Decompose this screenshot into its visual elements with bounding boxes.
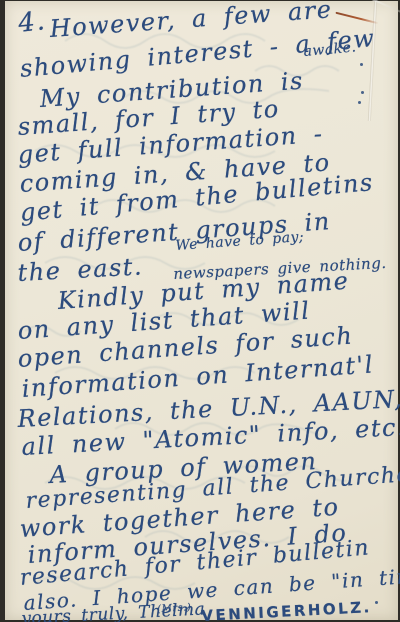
ink-dot <box>360 63 363 66</box>
signature-title: (Mrs.) <box>157 603 192 615</box>
letter-page: 4. However, a few are showing interest -… <box>5 1 398 620</box>
letter-photo: 4. However, a few are showing interest -… <box>0 0 400 622</box>
ink-dot <box>375 601 378 604</box>
ink-dot <box>361 91 364 94</box>
ink-dot <box>358 101 361 104</box>
page-number: 4. <box>17 8 47 37</box>
letter-line: the east. <box>17 254 144 285</box>
